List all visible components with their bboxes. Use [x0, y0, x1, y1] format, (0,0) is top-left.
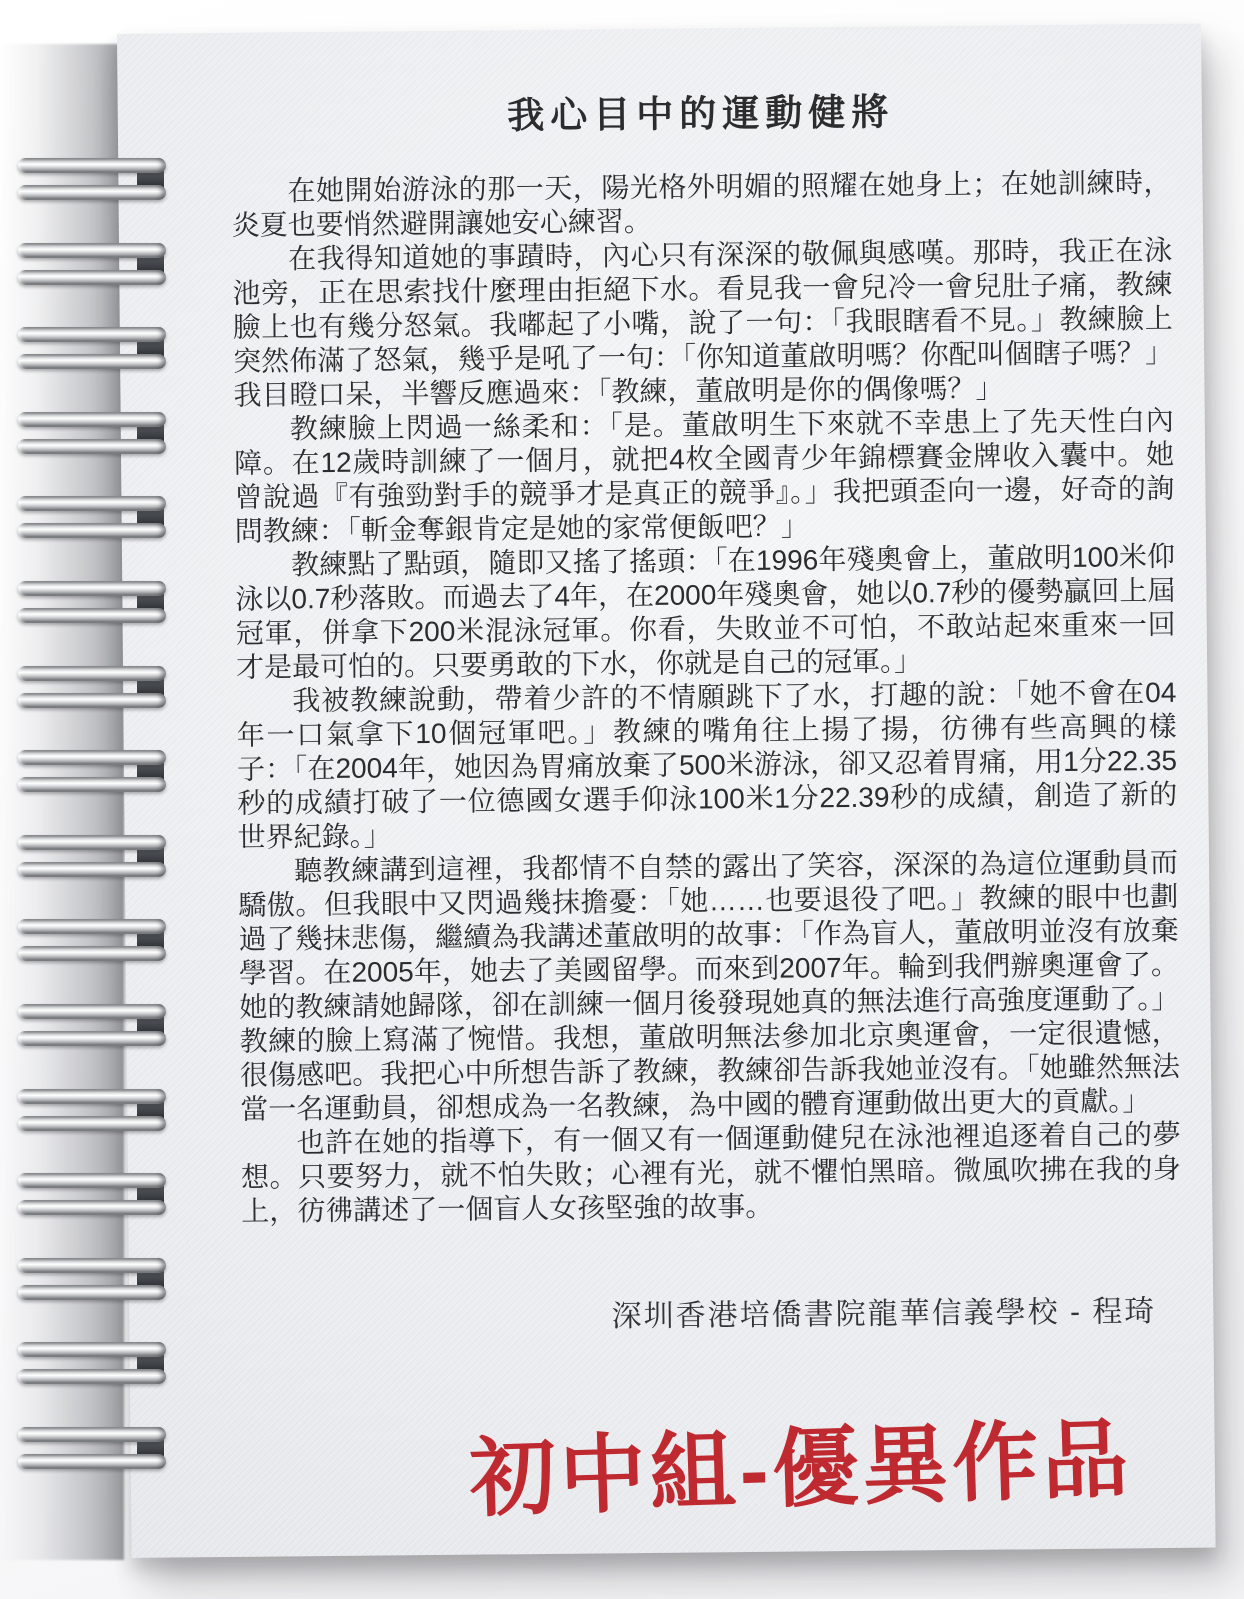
binding-wire	[18, 496, 166, 511]
binding-wire	[18, 412, 166, 427]
binding-wire	[18, 1258, 166, 1273]
essay-title: 我心目中的運動健將	[231, 86, 1171, 143]
binding-ring	[18, 496, 166, 542]
binding-wire	[18, 581, 166, 596]
essay-paragraph: 在她開始游泳的那一天，陽光格外明媚的照耀在她身上；在她訓練時，炎夏也要悄然避開讓…	[231, 166, 1172, 243]
essay-paragraph: 聽教練講到這裡，我都情不自禁的露出了笑容，深深的為這位運動員而驕傲。但我眼中又閃…	[238, 846, 1181, 1127]
binding-ring	[18, 158, 166, 204]
binding-wire	[18, 1454, 166, 1469]
binding-wire	[18, 158, 166, 173]
binding-ring	[18, 750, 166, 796]
page-content: 我心目中的運動健將 在她開始游泳的那一天，陽光格外明媚的照耀在她身上；在她訓練時…	[230, 24, 1181, 1229]
essay-paragraph: 教練臉上閃過一絲柔和：「是。董啟明生下來就不幸患上了先天性白內障。在12歲時訓練…	[234, 404, 1175, 549]
essay-paragraph: 教練點了點頭，隨即又搖了搖頭：「在1996年殘奧會上，董啟明100米仰泳以0.7…	[235, 540, 1176, 685]
binding-wire	[18, 693, 166, 708]
binding-ring	[18, 1173, 166, 1219]
binding-wire	[18, 1004, 166, 1019]
binding-ring	[18, 835, 166, 881]
binding-wire	[18, 1173, 166, 1188]
binding-wire	[18, 354, 166, 369]
binding-ring	[18, 412, 166, 458]
binding-wire	[18, 835, 166, 850]
binding-wire	[18, 1427, 166, 1442]
binding-wire	[18, 862, 166, 877]
essay-paragraph: 在我得知道她的事蹟時，內心只有深深的敬佩與感嘆。那時，我正在泳池旁，正在思索找什…	[232, 234, 1174, 413]
binding-ring	[18, 243, 166, 289]
binding-ring	[18, 1089, 166, 1135]
essay-body: 在她開始游泳的那一天，陽光格外明媚的照耀在她身上；在她訓練時，炎夏也要悄然避開讓…	[231, 166, 1181, 1229]
binding-wire	[18, 777, 166, 792]
binding-ring	[18, 1427, 166, 1473]
photo-backdrop: 我心目中的運動健將 在她開始游泳的那一天，陽光格外明媚的照耀在她身上；在她訓練時…	[0, 0, 1244, 1599]
essay-paragraph: 我被教練說動，帶着少許的不情願跳下了水，打趣的說：「她不會在04年一口氣拿下10…	[236, 676, 1178, 855]
binding-ring	[18, 1342, 166, 1388]
binding-wire	[18, 327, 166, 342]
binding-wire	[18, 1342, 166, 1357]
binding-ring	[18, 919, 166, 965]
binding-wire	[18, 243, 166, 258]
binding-wire	[18, 666, 166, 681]
essay-paragraph: 也許在她的指導下，有一個又有一個運動健兒在泳池裡追逐着自己的夢想。只要努力，就不…	[240, 1118, 1181, 1229]
binding-wire	[18, 1285, 166, 1300]
binding-wire	[18, 1369, 166, 1384]
binding-ring	[18, 1258, 166, 1304]
author-attribution: 深圳香港培僑書院龍華信義學校 - 程琦	[242, 1286, 1182, 1339]
binding-wire	[18, 608, 166, 623]
award-stamp: 初中組-優異作品	[329, 1385, 1244, 1538]
binding-ring	[18, 666, 166, 712]
binding-wire	[18, 1031, 166, 1046]
binding-wire	[18, 919, 166, 934]
binding-wire	[18, 185, 166, 200]
binding-wire	[18, 270, 166, 285]
binding-wire	[18, 1200, 166, 1215]
binding-wire	[18, 439, 166, 454]
binding-wire	[18, 946, 166, 961]
binding-ring	[18, 581, 166, 627]
binding-wire	[18, 1116, 166, 1131]
notebook-page: 我心目中的運動健將 在她開始游泳的那一天，陽光格外明媚的照耀在她身上；在她訓練時…	[117, 24, 1216, 1558]
binding-wire	[18, 523, 166, 538]
binding-ring	[18, 1004, 166, 1050]
spiral-binding	[0, 0, 200, 1599]
binding-wire	[18, 750, 166, 765]
binding-wire	[18, 1089, 166, 1104]
binding-ring	[18, 327, 166, 373]
